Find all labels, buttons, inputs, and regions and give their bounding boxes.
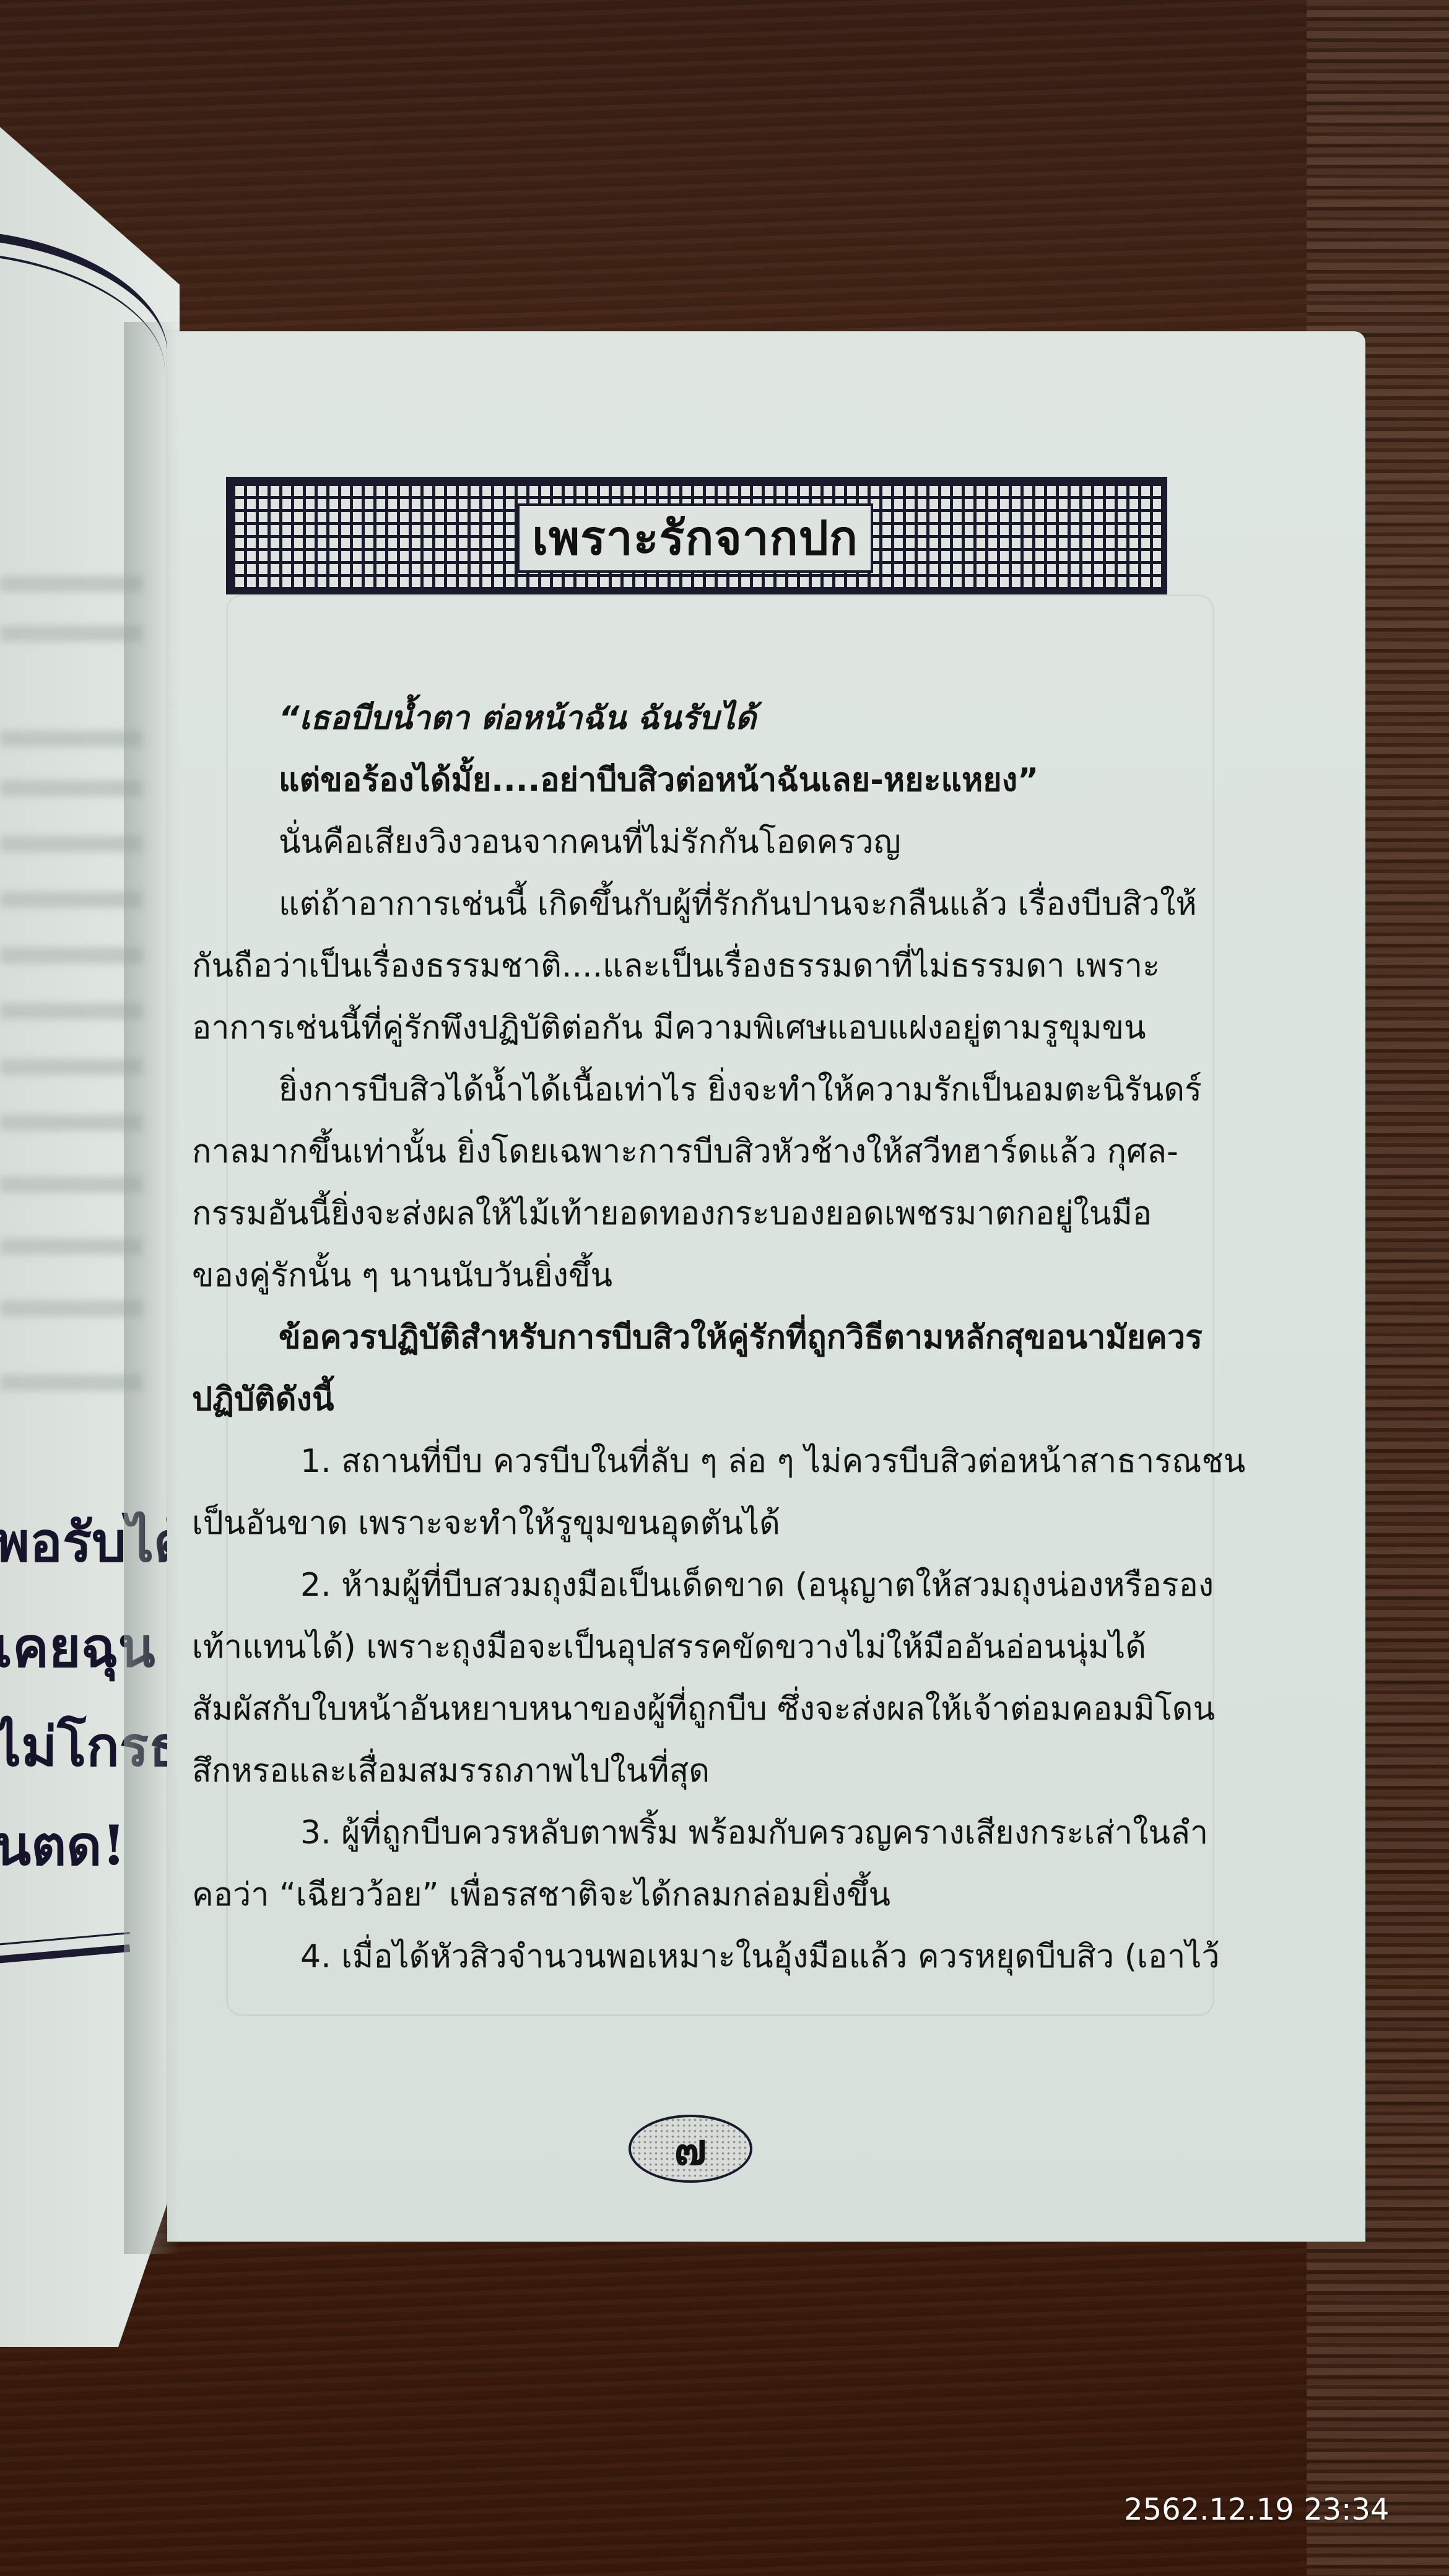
subheading-line: ข้อควรปฏิบัติสำหรับการบีบสิวให้คู่รักที่…	[192, 1307, 1189, 1368]
list-item-3: 3. ผู้ที่ถูกบีบควรหลับตาพริ้ม พร้อมกับคร…	[192, 1802, 1189, 1864]
text-line: ของคู่รักนั้น ๆ นานนับวันยิ่งขึ้น	[192, 1245, 1189, 1307]
book-gutter-shadow	[124, 322, 180, 2254]
text-line: เป็นอันขาด เพราะจะทำให้รูขุมขนอุดตันได้	[192, 1492, 1189, 1554]
chapter-title: เพราะรักจากปก	[532, 501, 858, 575]
left-page-blurred-text	[0, 892, 142, 908]
list-item-4: 4. เมื่อได้หัวสิวจำนวนพอเหมาะในอุ้งมือแล…	[192, 1926, 1189, 1988]
body-text: “เธอบีบน้ำตา ต่อหน้าฉัน ฉันรับได้ แต่ขอร…	[192, 687, 1189, 1988]
page-number-badge: ๗	[629, 2115, 752, 2183]
text-line: นั่นคือเสียงวิงวอนจากคนที่ไม่รักกันโอดคร…	[192, 811, 1189, 873]
photo-timestamp: 2562.12.19 23:34	[1124, 2492, 1389, 2527]
left-page-blurred-text	[0, 780, 142, 796]
text-line: แต่ถ้าอาการเช่นนี้ เกิดขึ้นกับผู้ที่รักก…	[192, 873, 1189, 935]
left-page-blurred-text	[0, 1059, 142, 1075]
left-page-blurred-text	[0, 625, 142, 642]
left-page-blurred-text	[0, 1115, 142, 1131]
text-line: กรรมอันนี้ยิ่งจะส่งผลให้ไม้เท้ายอดทองกระ…	[192, 1183, 1189, 1245]
chapter-title-box: เพราะรักจากปก	[517, 503, 873, 573]
text-line: กาลมากขึ้นเท่านั้น ยิ่งโดยเฉพาะการบีบสิว…	[192, 1121, 1189, 1183]
text-line: อาการเช่นนี้ที่คู่รักพึงปฏิบัติต่อกัน มี…	[192, 997, 1189, 1059]
text-line: ยิ่งการบีบสิวได้น้ำได้เนื้อเท่าไร ยิ่งจะ…	[192, 1059, 1189, 1121]
list-item-1: 1. สถานที่บีบ ควรบีบในที่ลับ ๆ ล่อ ๆ ไม่…	[192, 1430, 1189, 1492]
text-line: คอว่า “เฉียวว้อย” เพื่อรสชาติจะได้กลมกล่…	[192, 1864, 1189, 1926]
left-page-fragment: นตด!	[0, 1802, 126, 1889]
left-page-blurred-text	[0, 731, 142, 747]
quote-line: แต่ขอร้องได้มั้ย....อย่าบีบสิวต่อหน้าฉัน…	[192, 749, 1189, 811]
left-page-blurred-text	[0, 1375, 142, 1391]
subheading-line: ปฏิบัติดังนี้	[192, 1368, 1189, 1430]
text-line: เท้าแทนได้) เพราะถุงมือจะเป็นอุปสรรคขัดข…	[192, 1616, 1189, 1678]
left-page-blurred-text	[0, 576, 142, 592]
right-page: เพราะรักจากปก “เธอบีบน้ำตา ต่อหน้าฉัน ฉั…	[167, 331, 1365, 2242]
page-number: ๗	[674, 2115, 707, 2183]
quote-line: “เธอบีบน้ำตา ต่อหน้าฉัน ฉันรับได้	[192, 687, 1189, 749]
text-line: สึกหรอและเสื่อมสมรรถภาพไปในที่สุด	[192, 1740, 1189, 1802]
left-page-blurred-text	[0, 1300, 142, 1316]
text-line: กันถือว่าเป็นเรื่องธรรมชาติ....และเป็นเร…	[192, 935, 1189, 997]
left-page-blurred-text	[0, 1238, 142, 1255]
text-line: สัมผัสกับใบหน้าอันหยาบหนาของผู้ที่ถูกบีบ…	[192, 1678, 1189, 1740]
left-page-blurred-text	[0, 836, 142, 852]
left-page-blurred-text	[0, 947, 142, 964]
list-item-2: 2. ห้ามผู้ที่บีบสวมถุงมือเป็นเด็ดขาด (อน…	[192, 1554, 1189, 1616]
left-page-blurred-text	[0, 1003, 142, 1019]
chapter-title-banner: เพราะรักจากปก	[226, 477, 1167, 594]
left-page-blurred-text	[0, 1177, 142, 1193]
